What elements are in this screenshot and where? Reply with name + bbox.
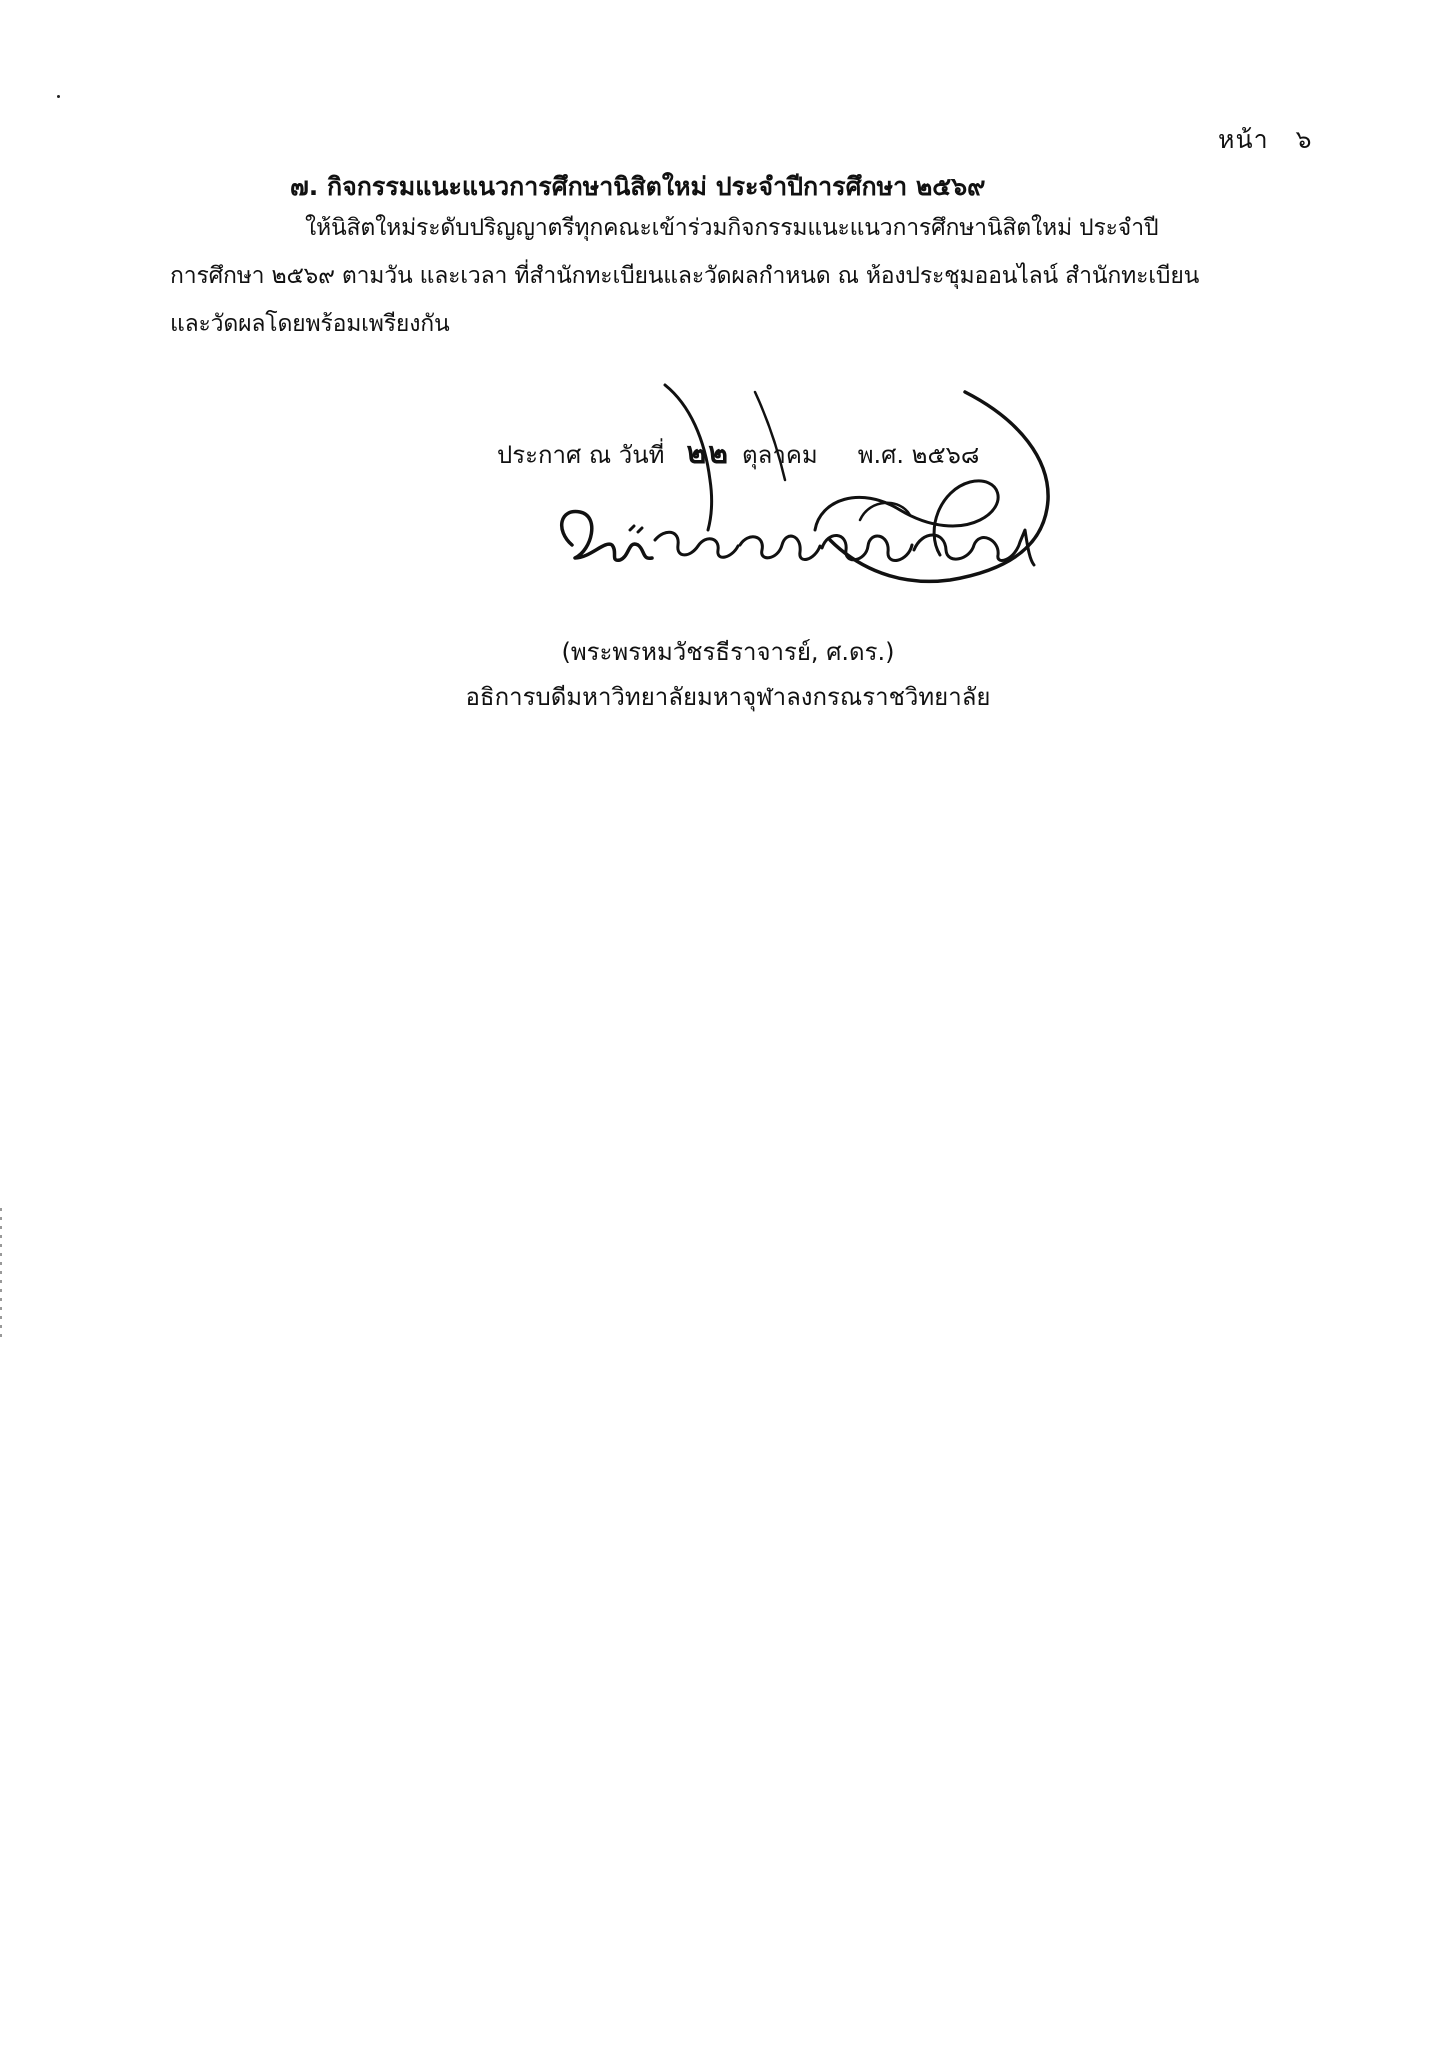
page-label: หน้า (1218, 125, 1269, 154)
page-number: หน้า ๖ (1218, 120, 1312, 160)
scan-artifact-dot (57, 95, 60, 98)
section-heading: ๗. กิจกรรมแนะแนวการศึกษานิสิตใหม่ ประจำป… (290, 167, 985, 207)
paragraph-line: การศึกษา ๒๕๖๙ ตามวัน และเวลา ที่สำนักทะเ… (170, 258, 1199, 294)
paragraph-line: ให้นิสิตใหม่ระดับปริญญาตรีทุกคณะเข้าร่วม… (305, 210, 1158, 246)
signatory-title: อธิการบดีมหาวิทยาลัยมหาจุฬาลงกรณราชวิทยา… (0, 677, 1442, 716)
page-number-value: ๖ (1296, 125, 1313, 154)
document-page: หน้า ๖ ๗. กิจกรรมแนะแนวการศึกษานิสิตใหม่… (0, 0, 1442, 2048)
signature-icon (530, 380, 1090, 600)
signatory-name: (พระพรหมวัชรธีราจารย์, ศ.ดร.) (0, 632, 1442, 671)
scan-artifact-edge (0, 1208, 2, 1338)
paragraph-line: และวัดผลโดยพร้อมเพรียงกัน (170, 306, 449, 342)
